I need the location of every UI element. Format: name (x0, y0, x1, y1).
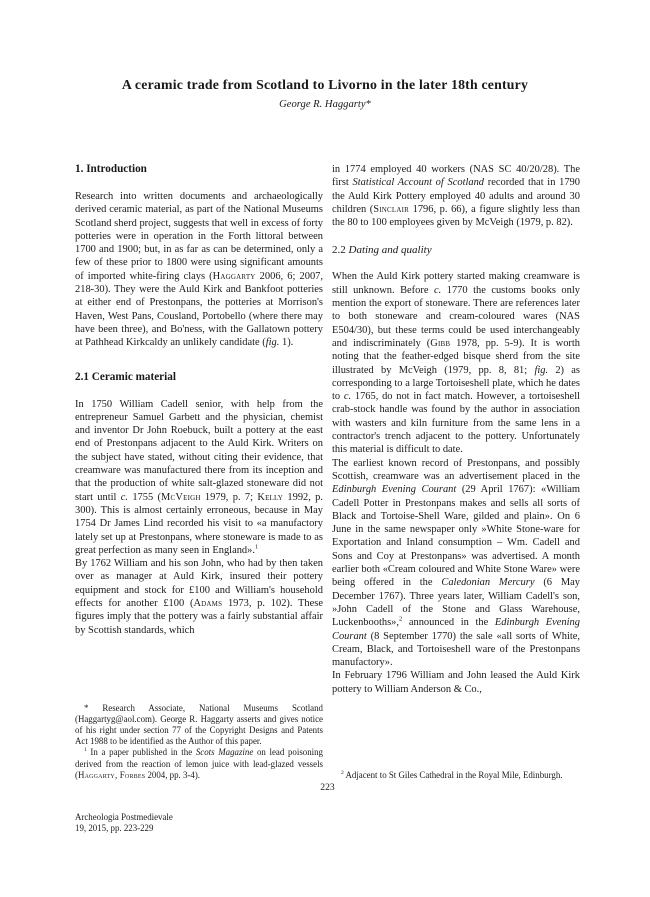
journal-name: Archeologia Postmedievale (75, 812, 173, 823)
journal-issue: 19, 2015, pp. 223-229 (75, 823, 173, 834)
footnotes-right: 2 Adjacent to St Giles Cathedral in the … (332, 760, 580, 781)
text-columns: 1. Introduction Research into written do… (75, 163, 580, 781)
author-byline: George R. Haggarty* (0, 99, 650, 110)
footnote-2: 2 Adjacent to St Giles Cathedral in the … (332, 770, 580, 781)
ceramic-material-paragraph-2: By 1762 William and his son John, who ha… (75, 557, 323, 637)
ceramic-material-paragraph-1: In 1750 William Cadell senior, with help… (75, 398, 323, 558)
footnote-1: 1 In a paper published in the Scots Maga… (75, 747, 323, 781)
page-number: 223 (75, 782, 580, 793)
journal-citation: Archeologia Postmedievale 19, 2015, pp. … (75, 812, 173, 834)
section-heading-introduction: 1. Introduction (75, 163, 323, 176)
footnotes-left: * Research Associate, National Museums S… (75, 693, 323, 781)
article-title: A ceramic trade from Scotland to Livorno… (0, 77, 650, 93)
dating-paragraph-1: When the Auld Kirk pottery started makin… (332, 270, 580, 456)
dating-paragraph-2: The earliest known record of Prestonpans… (332, 457, 580, 670)
right-column: in 1774 employed 40 workers (NAS SC 40/2… (332, 163, 580, 781)
paper-page: A ceramic trade from Scotland to Livorno… (0, 0, 650, 897)
dating-paragraph-3: In February 1796 William and John leased… (332, 669, 580, 696)
continuation-paragraph: in 1774 employed 40 workers (NAS SC 40/2… (332, 163, 580, 229)
footnote-author-affiliation: * Research Associate, National Museums S… (75, 703, 323, 748)
intro-paragraph: Research into written documents and arch… (75, 190, 323, 350)
section-heading-ceramic-material: 2.1 Ceramic material (75, 371, 323, 384)
left-column: 1. Introduction Research into written do… (75, 163, 323, 781)
section-heading-dating-quality: 2.2 Dating and quality (332, 244, 580, 257)
